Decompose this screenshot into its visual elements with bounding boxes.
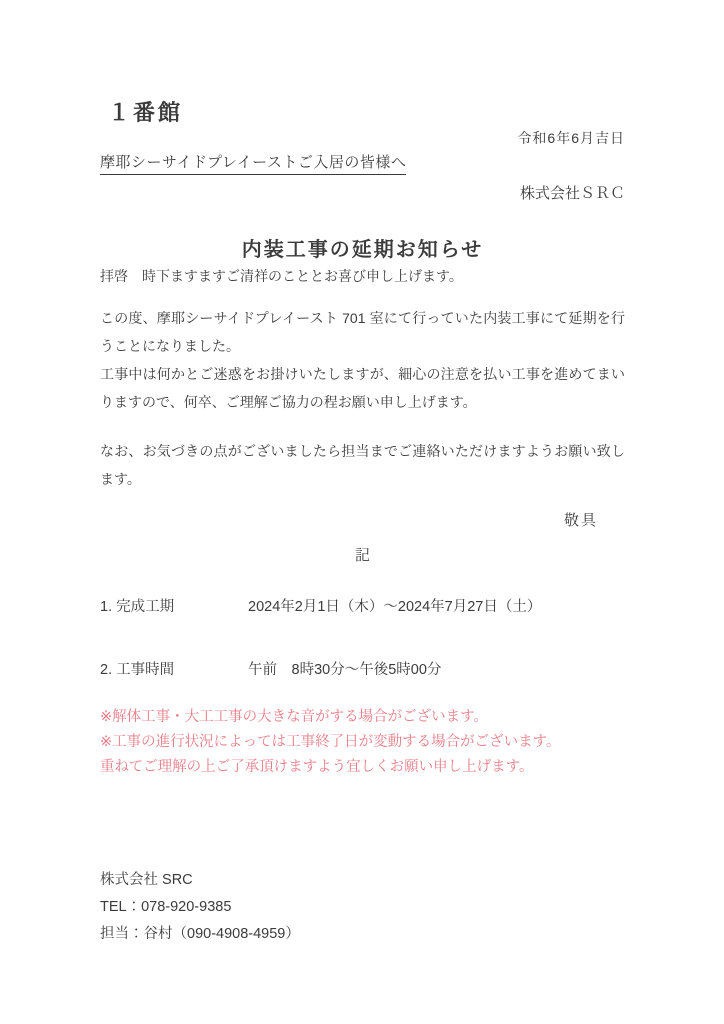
warning-note-2: ※工事の進行状況によっては工事終了日が変動する場合がございます。 <box>100 730 625 755</box>
sender-company: 株式会社ＳＲＣ <box>100 182 625 203</box>
document-title: 内装工事の延期お知らせ <box>100 233 625 262</box>
section-marker: 記 <box>100 544 625 565</box>
document-content: １番館 令和6年6月吉日 摩耶シーサイドプレイーストご入居の皆様へ 株式会社ＳＲ… <box>0 96 724 948</box>
notice-document-page: １番館 令和6年6月吉日 摩耶シーサイドプレイーストご入居の皆様へ 株式会社ＳＲ… <box>0 0 724 1024</box>
item-value-completion-period: 2024年2月1日（木）～2024年7月27日（土） <box>248 597 625 617</box>
closing-word: 敬具 <box>100 509 625 530</box>
list-item-work-hours: 2. 工事時間 午前 8時30分～午後5時00分 <box>100 660 625 680</box>
footer-contact-block: 株式会社 SRC TEL：078-920-9385 担当：谷村（090-4908… <box>100 867 625 948</box>
greeting-paragraph: 拝啓 時下ますますご清祥のこととお喜び申し上げます。 <box>100 262 625 290</box>
warning-note-1: ※解体工事・大工工事の大きな音がする場合がございます。 <box>100 705 625 730</box>
list-item-completion-period: 1. 完成工期 2024年2月1日（木）～2024年7月27日（土） <box>100 597 625 617</box>
building-label: １番館 <box>100 96 625 127</box>
footer-contact-person: 担当：谷村（090-4908-4959） <box>100 921 625 948</box>
body-paragraph-1: この度、摩耶シーサイドプレイースト 701 室にて行っていた内装工事にて延期を行… <box>100 304 625 360</box>
body-paragraph-2: 工事中は何かとご迷惑をお掛けいたしますが、細心の注意を払い工事を進めてまいります… <box>100 360 625 416</box>
warning-notes: ※解体工事・大工工事の大きな音がする場合がございます。 ※工事の進行状況によって… <box>100 705 625 780</box>
footer-company: 株式会社 SRC <box>100 867 625 894</box>
footer-tel: TEL：078-920-9385 <box>100 894 625 921</box>
item-label-completion-period: 1. 完成工期 <box>100 597 248 617</box>
body-paragraph-3: なお、お気づきの点がございましたら担当までご連絡いただけますようお願い致します。 <box>100 437 625 493</box>
warning-note-3: 重ねてご理解の上ご了承頂けますよう宜しくお願い申し上げます。 <box>100 755 625 780</box>
document-date: 令和6年6月吉日 <box>100 128 625 148</box>
item-label-work-hours: 2. 工事時間 <box>100 660 248 680</box>
item-value-work-hours: 午前 8時30分～午後5時00分 <box>248 660 625 680</box>
recipient-line: 摩耶シーサイドプレイーストご入居の皆様へ <box>100 151 625 175</box>
recipient-label: 摩耶シーサイドプレイーストご入居の皆様へ <box>100 151 406 175</box>
